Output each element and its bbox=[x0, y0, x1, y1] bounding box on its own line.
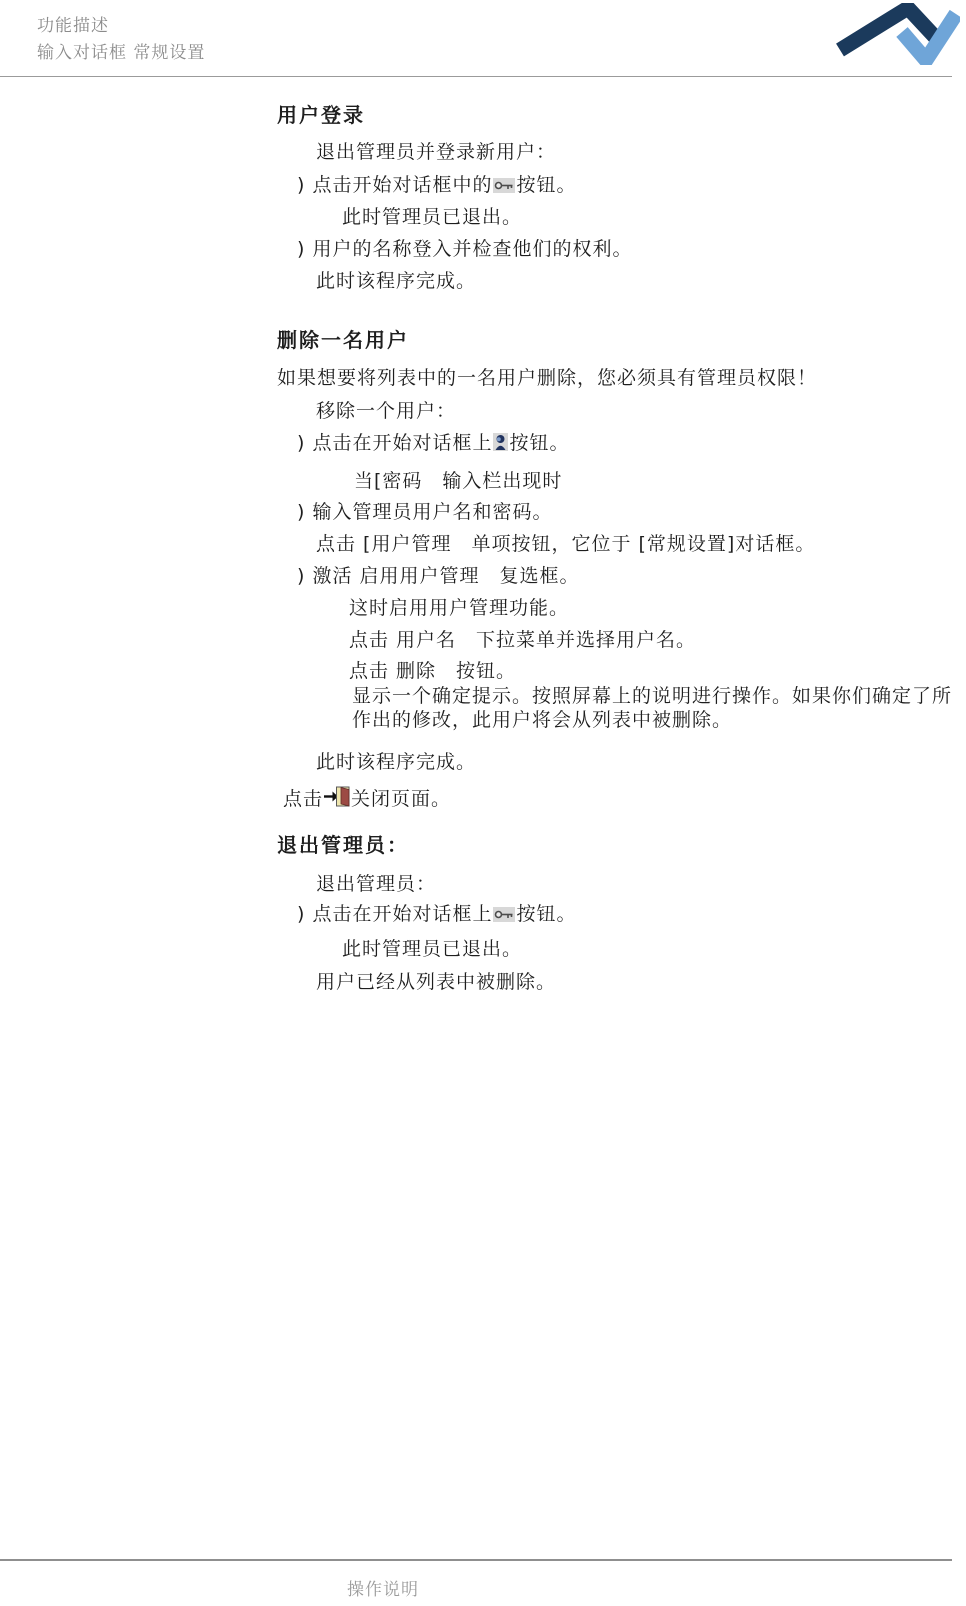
section2-step4-result: 这时启用用户管理功能。 bbox=[349, 597, 569, 619]
section3-step1: ) 点击在开始对话框上按钮。 bbox=[297, 903, 576, 925]
header-title: 输入对话框 常规设置 bbox=[37, 38, 205, 63]
section3-heading: 退出管理员： bbox=[277, 834, 409, 856]
section2-step1-result: 当[密码 输入栏出现时 bbox=[354, 470, 562, 492]
section1-heading: 用户登录 bbox=[277, 104, 365, 126]
step-text-post: 按钮。 bbox=[516, 903, 576, 925]
exit-door-icon bbox=[324, 786, 350, 807]
section2-heading: 删除一名用户 bbox=[277, 329, 409, 351]
section3-intro: 退出管理员： bbox=[316, 873, 436, 895]
step-text-pre: ) 点击在开始对话框上 bbox=[297, 432, 492, 454]
section2-step2: ) 输入管理员用户名和密码。 bbox=[297, 501, 552, 523]
section2-confirm-line2: 作出的修改，此用户将会从列表中被删除。 bbox=[352, 709, 732, 731]
section2-step6: 点击 删除 按钮。 bbox=[349, 660, 516, 682]
section3-step1-result: 此时管理员已退出。 bbox=[342, 938, 522, 960]
section2-step4: ) 激活 启用用户管理 复选框。 bbox=[297, 565, 580, 587]
step-text-pre: ) 点击在开始对话框上 bbox=[297, 903, 492, 925]
section2-close: 点击关闭页面。 bbox=[283, 786, 451, 810]
section2-done: 此时该程序完成。 bbox=[316, 751, 476, 773]
step-text-pre: ) 点击开始对话框中的 bbox=[297, 174, 492, 196]
section1-intro: 退出管理员并登录新用户： bbox=[316, 141, 556, 163]
key-icon bbox=[493, 178, 515, 193]
close-text-post: 关闭页面。 bbox=[351, 788, 451, 810]
key-icon bbox=[493, 907, 515, 922]
close-text-pre: 点击 bbox=[283, 788, 323, 810]
section2-step3: 点击 [用户管理 单项按钮，它位于 [常规设置]对话框。 bbox=[316, 533, 815, 555]
brand-check-logo-icon bbox=[836, 3, 960, 65]
header-rule bbox=[0, 76, 952, 77]
section2-step1: ) 点击在开始对话框上按钮。 bbox=[297, 432, 569, 454]
section2-note: 如果想要将列表中的一名用户删除，您必须具有管理员权限！ bbox=[277, 367, 817, 389]
user-login-icon bbox=[493, 433, 508, 451]
section1-step1-result: 此时管理员已退出。 bbox=[342, 206, 522, 228]
footer-label: 操作说明 bbox=[347, 1575, 419, 1600]
section1-done: 此时该程序完成。 bbox=[316, 270, 476, 292]
footer-rule bbox=[0, 1559, 952, 1561]
header-kicker: 功能描述 bbox=[37, 11, 109, 36]
manual-page: 功能描述 输入对话框 常规设置 用户登录 退出管理员并登录新用户： ) 点击开始… bbox=[0, 0, 966, 1606]
section2-step5: 点击 用户名 下拉菜单并选择用户名。 bbox=[349, 629, 696, 651]
section3-final: 用户已经从列表中被删除。 bbox=[316, 971, 556, 993]
section2-intro: 移除一个用户： bbox=[316, 400, 456, 422]
section1-step2: ) 用户的名称登入并检查他们的权利。 bbox=[297, 238, 632, 260]
section1-step1: ) 点击开始对话框中的按钮。 bbox=[297, 174, 576, 196]
section2-confirm-line1: 显示一个确定提示。按照屏幕上的说明进行操作。如果你们确定了所 bbox=[352, 685, 952, 707]
step-text-post: 按钮。 bbox=[509, 432, 569, 454]
step-text-post: 按钮。 bbox=[516, 174, 576, 196]
